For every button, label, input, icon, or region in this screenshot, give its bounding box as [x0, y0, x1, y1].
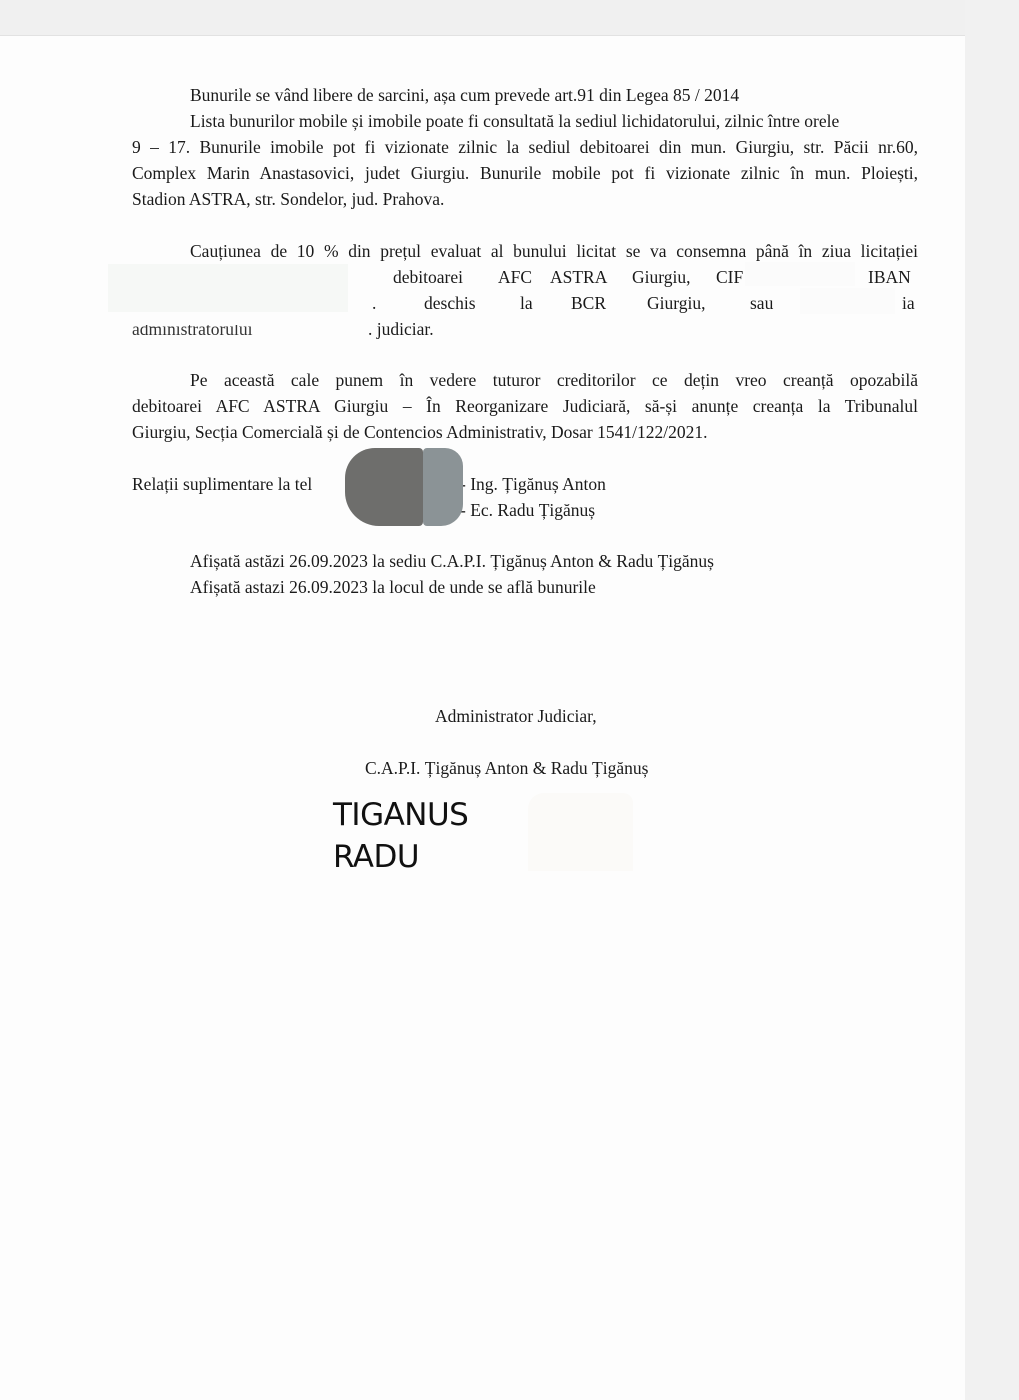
redaction-patch [800, 288, 895, 314]
bank-name: BCR [571, 290, 606, 316]
cif-label: CIF [716, 264, 743, 290]
word-sau: sau [750, 290, 773, 316]
contact-person-1: - Ing. Țigănuș Anton [460, 471, 606, 497]
redaction-patch [108, 264, 348, 312]
viewing-hours-line: 9 – 17. Bunurile imobile pot fi vizionat… [132, 134, 918, 160]
creditors-notice-line: Pe această cale punem în vedere tuturor … [190, 367, 918, 393]
signature-firm: C.A.P.I. Țigănuș Anton & Radu Țigănuș [365, 755, 648, 781]
redacted-dot: . [372, 290, 376, 316]
company-abbr: AFC [498, 264, 532, 290]
redaction-patch [745, 262, 855, 286]
viewing-location-line: Complex Marin Anastasovici, judet Giurgi… [132, 160, 918, 186]
bank-city: Giurgiu, [647, 290, 706, 316]
viewer-top-bar [0, 0, 965, 36]
contact-label: Relații suplimentare la tel [132, 471, 312, 497]
judiciar-word: . judiciar. [368, 316, 434, 342]
case-number-line: Giurgiu, Secția Comercială și de Contenc… [132, 419, 707, 445]
phone-redaction-light [423, 448, 463, 526]
signer-surname: TIGANUS [333, 795, 468, 835]
word-fragment-ia: ia [902, 290, 915, 316]
phone-redaction-dark [345, 448, 423, 526]
company-name: ASTRA [550, 264, 607, 290]
signature-role: Administrator Judiciar, [435, 703, 597, 729]
word-deschis: deschis [424, 290, 476, 316]
deposit-line: Cauțiunea de 10 % din prețul evaluat al … [190, 238, 918, 264]
city-name: Giurgiu, [632, 264, 691, 290]
sale-terms-line: Bunurile se vând libere de sarcini, așa … [190, 82, 739, 108]
deposit-account-line: debitoarei [393, 264, 463, 290]
asset-list-line: Lista bunurilor mobile și imobile poate … [190, 108, 839, 134]
posted-at-assets-line: Afișată astazi 26.09.2023 la locul de un… [190, 574, 596, 600]
posted-at-office-line: Afișată astăzi 26.09.2023 la sediu C.A.P… [190, 548, 714, 574]
iban-label: IBAN [868, 264, 911, 290]
stamp-redaction [528, 793, 633, 871]
word-la: la [520, 290, 533, 316]
stadium-address-line: Stadion ASTRA, str. Sondelor, jud. Praho… [132, 186, 444, 212]
signer-given-name: RADU [333, 837, 419, 877]
contact-person-2: - Ec. Radu Țigănuș [460, 497, 595, 523]
reorganization-line: debitoarei AFC ASTRA Giurgiu – În Reorga… [132, 393, 918, 419]
